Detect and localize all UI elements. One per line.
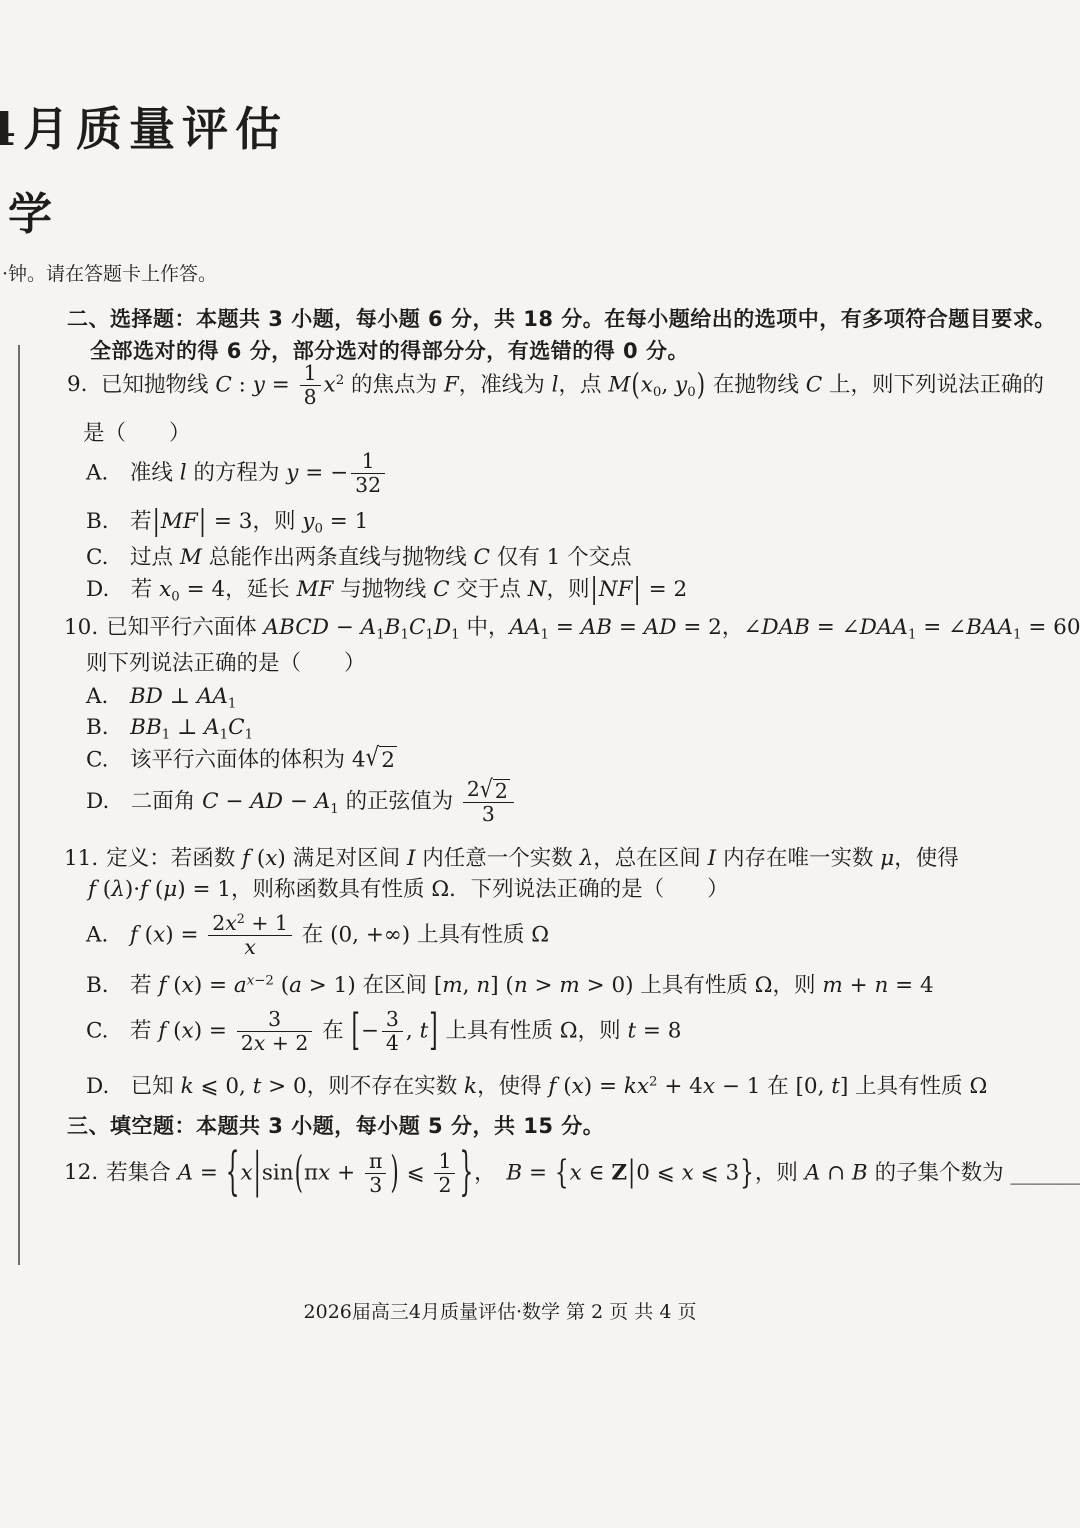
question-12-stem-text: 若集合 A = {x|sin(πx + π3) ⩽ 12}， B = {x ∈ … xyxy=(106,1150,1080,1197)
question-9-option-d: D. 若 x0 = 4，延长 MF 与抛物线 C 交于点 N，则|NF| = 2 xyxy=(86,576,687,604)
question-11-option-a: A. f (x) = 2x2 + 1x 在 (0, +∞) 上具有性质 Ω xyxy=(86,912,549,959)
left-margin-rule xyxy=(18,345,20,1265)
question-11-number: 11. xyxy=(64,845,98,873)
question-11-stem-text: 定义：若函数 f (x) 满足对区间 I 内任意一个实数 λ，总在区间 I 内存… xyxy=(106,845,959,873)
question-9-stem: 9. 已知抛物线 C : y = 18x2 的焦点为 F，准线为 l，点 M(x… xyxy=(67,362,1044,409)
question-9-option-c: C. 过点 M 总能作出两条直线与抛物线 C 仅有 1 个交点 xyxy=(86,544,632,572)
question-11-option-b: B. 若 f (x) = ax−2 (a > 1) 在区间 [m, n] (n … xyxy=(86,972,934,1000)
question-9-stem-line2: 是（ ） xyxy=(83,420,191,448)
question-9-option-b: B. 若|MF| = 3，则 y0 = 1 xyxy=(86,508,368,536)
question-12-stem: 12. 若集合 A = {x|sin(πx + π3) ⩽ 12}， B = {… xyxy=(64,1150,1080,1197)
section-fill-heading: 三、填空题：本题共 3 小题，每小题 5 分，共 15 分。 xyxy=(67,1113,604,1140)
question-11-option-d: D. 已知 k ⩽ 0, t > 0，则不存在实数 k，使得 f (x) = k… xyxy=(86,1073,987,1101)
question-10-option-a: A. BD ⊥ AA1 xyxy=(86,683,236,711)
page-header-title: 4月质量评估 xyxy=(0,100,288,160)
question-11-stem-line2: f (λ)·f (μ) = 1，则称函数具有性质 Ω．下列说法正确的是（ ） xyxy=(88,876,729,904)
question-10-option-b: B. BB1 ⊥ A1C1 xyxy=(86,714,253,742)
question-9-number: 9. xyxy=(67,371,93,399)
page-header-subject: 学 xyxy=(8,186,54,243)
exam-page: 4月质量评估 学 ·钟。请在答题卡上作答。 二、选择题：本题共 3 小题，每小题… xyxy=(0,0,1080,1528)
question-12-number: 12. xyxy=(64,1159,98,1187)
question-9-stem-text: 已知抛物线 C : y = 18x2 的焦点为 F，准线为 l，点 M(x0, … xyxy=(101,362,1044,409)
question-9-option-a: A. 准线 l 的方程为 y = −132 xyxy=(86,450,388,497)
header-note: ·钟。请在答题卡上作答。 xyxy=(2,262,217,287)
question-10-stem: 10. 已知平行六面体 ABCD − A1B1C1D1 中，AA1 = AB =… xyxy=(64,614,1080,642)
page-footer: 2026届高三4月质量评估·数学 第 2 页 共 4 页 xyxy=(0,1297,1000,1324)
section-choice-heading-line1: 二、选择题：本题共 3 小题，每小题 6 分，共 18 分。在每小题给出的选项中… xyxy=(67,306,1056,333)
question-10-stem-line2: 则下列说法正确的是（ ） xyxy=(86,650,366,678)
question-10-stem-text: 已知平行六面体 ABCD − A1B1C1D1 中，AA1 = AB = AD … xyxy=(106,614,1080,642)
question-11-option-c: C. 若 f (x) = 32x + 2 在 [−34, t] 上具有性质 Ω，… xyxy=(86,1008,681,1055)
question-10-option-d: D. 二面角 C − AD − A1 的正弦值为 2√23 xyxy=(86,778,517,826)
question-11-stem: 11. 定义：若函数 f (x) 满足对区间 I 内任意一个实数 λ，总在区间 … xyxy=(64,845,959,873)
question-10-option-c: C. 该平行六面体的体积为 4√2 xyxy=(86,746,397,775)
question-10-number: 10. xyxy=(64,614,98,642)
